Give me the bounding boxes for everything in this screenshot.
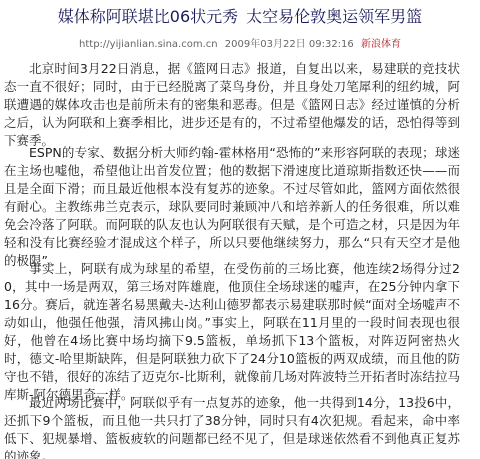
- article-meta: http://yijianlian.sina.com.cn 2009年03月22…: [0, 38, 480, 52]
- paragraph-text: 最近两场比赛中，阿联似乎有一点复苏的迹象，他一共得到14分，13投6中，还抓下9…: [4, 394, 460, 459]
- paragraph-text: ESPN的专家、数据分析大师约翰-霍林格用“恐怖的”来形容阿联的表现；球迷在主场…: [4, 144, 460, 270]
- article-title-part2: 太空易伦敦奥运领军男篮: [246, 7, 422, 26]
- article-paragraph-1: 北京时间3月22日消息，据《篮网日志》报道，自复出以来，易建联的竞技状态一直不很…: [4, 60, 460, 150]
- article-title-part1: 媒体称阿联堪比06状元秀: [58, 7, 238, 26]
- article-paragraph-4: 最近两场比赛中，阿联似乎有一点复苏的迹象，他一共得到14分，13投6中，还抓下9…: [4, 394, 460, 459]
- article-paragraph-2: ESPN的专家、数据分析大师约翰-霍林格用“恐怖的”来形容阿联的表现；球迷在主场…: [4, 144, 460, 270]
- news-article: 媒体称阿联堪比06状元秀太空易伦敦奥运领军男篮 http://yijianlia…: [0, 0, 480, 459]
- article-datetime: 2009年03月22日 09:32:16: [225, 39, 354, 50]
- article-url[interactable]: http://yijianlian.sina.com.cn: [79, 39, 218, 50]
- paragraph-text: 事实上，阿联有成为球星的希望，在受伤前的三场比赛，他连续2场得分过20，其中一场…: [4, 260, 460, 404]
- article-title: 媒体称阿联堪比06状元秀太空易伦敦奥运领军男篮: [0, 7, 480, 27]
- article-paragraph-3: 事实上，阿联有成为球星的希望，在受伤前的三场比赛，他连续2场得分过20，其中一场…: [4, 260, 460, 404]
- paragraph-text: 北京时间3月22日消息，据《篮网日志》报道，自复出以来，易建联的竞技状态一直不很…: [4, 60, 460, 150]
- article-source-link[interactable]: 新浪体育: [361, 39, 401, 50]
